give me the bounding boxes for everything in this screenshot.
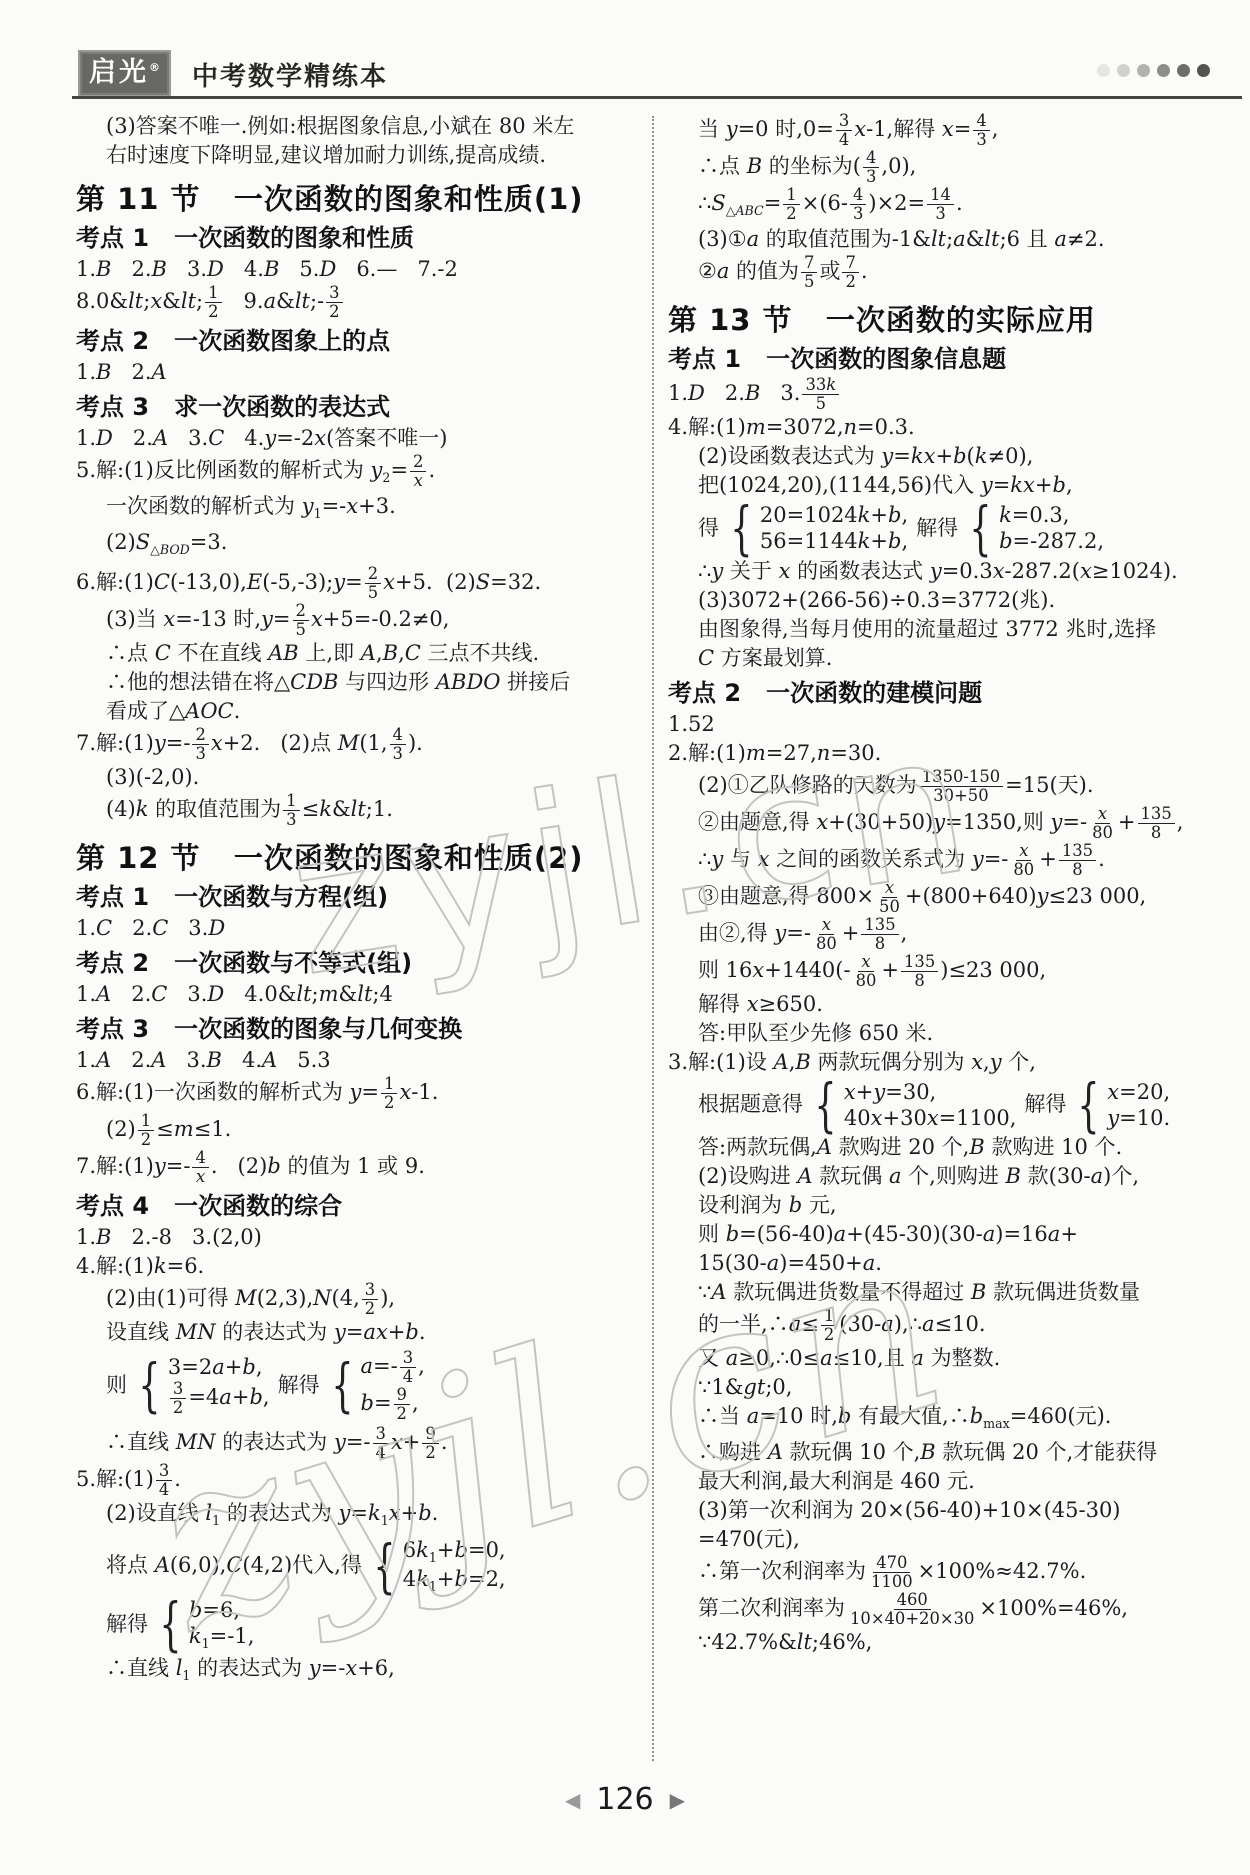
answer-line: 设直线 MN 的表达式为 y=ax+b. [76,1318,646,1347]
answer-line: ∴点 B 的坐标为(43,0), [668,149,1246,186]
answer-line: ∵1&gt;0, [668,1373,1246,1402]
section-heading: 第 13 节 一次函数的实际应用 [668,303,1246,337]
answer-line: ②由题意,得 x+(30+50)y=1350,则 y=-x80+1358, [668,805,1246,842]
system-label: 解得 [106,1610,148,1639]
answer-line: ∴他的想法错在将△CDB 与四边形 ABDO 拼接后 [76,668,646,697]
equation-line: 40x+30x=1100, [844,1105,1016,1131]
kaodian-heading: 考点 3 一次函数的图象与几何变换 [76,1015,646,1043]
book-title: 中考数学精练本 [192,56,388,93]
registered-mark: ® [149,61,160,74]
answer-line: (2)S△BOD=3. [76,528,646,564]
answer-line: 4.解:(1)k=6. [76,1252,646,1281]
answer-line: ∴第一次利润率为4701100×100%≈42.7%. [668,1554,1246,1591]
answer-line: ∴购进 A 款玩偶 10 个,B 款玩偶 20 个,才能获得 [668,1438,1246,1467]
brand-logo: 启光® [78,50,171,97]
equation-line: y=10. [1107,1105,1170,1131]
system-label: 则 [106,1371,127,1400]
equation-system: {3=2a+b,32=4a+b, [131,1354,270,1417]
system-label: 根据题意得 [698,1090,803,1119]
brace-icon: { [730,502,752,554]
equation-line: a=-34, [360,1349,424,1386]
answer-line: (4)k 的取值范围为13≤k&lt;1. [76,792,646,829]
next-page-icon: ▶ [670,1788,685,1812]
brace-icon: { [814,1079,836,1131]
system-label: 将点 A(6,0),C(4,2)代入,得 [106,1551,362,1580]
answer-line: 由图象得,当每月使用的流量超过 3772 兆时,选择 [668,615,1246,644]
answer-system-line: 将点 A(6,0),C(4,2)代入,得{6k1+b=0,4k1+b=2, [76,1537,646,1595]
system-label: 得 [698,514,719,543]
brace-icon: { [1078,1079,1100,1131]
ornament-dots-icon [1097,64,1210,77]
kaodian-heading: 考点 2 一次函数的建模问题 [668,679,1246,707]
equation-system: {6k1+b=0,4k1+b=2, [366,1537,506,1595]
answer-line: 1.B 2.A [76,358,646,387]
equation-system: {20=1024k+b,56=1144k+b, [723,502,908,555]
equation-line: 32=4a+b, [168,1380,270,1417]
answers-column-left: (3)答案不唯一.例如:根据图象信息,小斌在 80 米左右时速度下降明显,建议增… [76,112,646,1772]
answer-system-line: 则{3=2a+b,32=4a+b,解得{a=-34,b=92, [76,1349,646,1423]
answer-line: 设利润为 b 元, [668,1191,1246,1220]
answer-line: 3.解:(1)设 A,B 两款玩偶分别为 x,y 个, [668,1048,1246,1077]
equation-line: 20=1024k+b, [760,502,908,528]
answer-line: (2)设直线 l1 的表达式为 y=k1x+b. [76,1499,646,1535]
answer-line: (3)3072+(266-56)÷0.3=3772(兆). [668,586,1246,615]
equation-line: 3=2a+b, [168,1354,270,1380]
equation-system: {x=20,y=10. [1070,1079,1170,1132]
answer-line: 7.解:(1)y=-4x. (2)b 的值为 1 或 9. [76,1149,646,1186]
answer-line: 6.解:(1)C(-13,0),E(-5,-3);y=25x+5. (2)S=3… [76,565,646,602]
kaodian-heading: 考点 2 一次函数与不等式(组) [76,949,646,977]
equation-line: k=0.3, [999,502,1104,528]
answer-line: 5.解:(1)反比例函数的解析式为 y2=2x. [76,453,646,492]
equation-line: k1=-1, [189,1623,254,1652]
system-label: 解得 [278,1371,320,1400]
answer-line: (3)①a 的取值范围为-1&lt;a&lt;6 且 a≠2. [668,225,1246,254]
answer-line: 最大利润,最大利润是 460 元. [668,1467,1246,1496]
answer-line: 1.52 [668,710,1246,739]
answer-line: ∴S△ABC=12×(6-43)×2=143. [668,186,1246,225]
page-number: 126 [596,1782,653,1817]
answer-line: 15(30-a)=450+a. [668,1249,1246,1278]
answer-line: ∵A 款玩偶进货数量不得超过 B 款玩偶进货数量 [668,1278,1246,1307]
column-divider [652,116,654,1761]
answer-line: C 方案最划算. [668,644,1246,673]
answer-line: 又 a≥0,∴0≤a≤10,且 a 为整数. [668,1344,1246,1373]
answer-line: (2)设购进 A 款玩偶 a 个,则购进 B 款(30-a)个, [668,1162,1246,1191]
answer-line: ∴y 关于 x 的函数表达式 y=0.3x-287.2(x≥1024). [668,557,1246,586]
answer-system-line: 得{20=1024k+b,56=1144k+b,解得{k=0.3,b=-287.… [668,502,1246,555]
kaodian-heading: 考点 1 一次函数的图象信息题 [668,345,1246,373]
answer-line: 1.B 2.-8 3.(2,0) [76,1223,646,1252]
section-heading: 第 11 节 一次函数的图象和性质(1) [76,182,646,216]
brace-icon: { [970,502,992,554]
equation-system: {x+y=30,40x+30x=1100, [807,1079,1016,1132]
answer-line: =470(元), [668,1525,1246,1554]
answer-line: 一次函数的解析式为 y1=-x+3. [76,492,646,528]
answer-line: 1.D 2.B 3.33k5 [668,376,1246,413]
answer-line: ②a 的值为75或72. [668,254,1246,291]
answer-line: 1.A 2.A 3.B 4.A 5.3 [76,1046,646,1075]
answer-line: (2)设函数表达式为 y=kx+b(k≠0), [668,442,1246,471]
answer-line: (3)(-2,0). [76,763,646,792]
prev-page-icon: ◀ [565,1788,580,1812]
section-heading: 第 12 节 一次函数的图象和性质(2) [76,841,646,875]
kaodian-heading: 考点 2 一次函数图象上的点 [76,327,646,355]
page-header: 启光® 中考数学精练本 [0,0,1250,100]
brace-icon: { [331,1359,353,1411]
equation-line: b=92, [360,1386,424,1423]
answer-line: ∵42.7%&lt;46%, [668,1628,1246,1657]
equation-line: 56=1144k+b, [760,528,908,554]
answer-line: 2.解:(1)m=27,n=30. [668,739,1246,768]
kaodian-heading: 考点 4 一次函数的综合 [76,1192,646,1220]
answer-line: (2)12≤m≤1. [76,1112,646,1149]
answer-system-line: 解得{b=6,k1=-1, [76,1597,646,1652]
answer-line: 的一半,∴a≤12(30-a),∴a≤10. [668,1307,1246,1344]
answer-line: 4.解:(1)m=3072,n=0.3. [668,413,1246,442]
answer-line: (2)由(1)可得 M(2,3),N(4,32), [76,1281,646,1318]
equation-line: b=6, [189,1597,254,1623]
answer-line: ∴直线 MN 的表达式为 y=-34x+92. [76,1425,646,1462]
answer-line: 则 b=(56-40)a+(45-30)(30-a)=16a+ [668,1220,1246,1249]
equation-line: b=-287.2, [999,528,1104,554]
answer-line: 8.0&lt;x&lt;12 9.a&lt;-32 [76,284,646,321]
answer-line: (3)答案不唯一.例如:根据图象信息,小斌在 80 米左 [76,112,646,141]
answer-line: 右时速度下降明显,建议增加耐力训练,提高成绩. [76,141,646,170]
answer-line: 则 16x+1440(-x80+1358)≤23 000, [668,953,1246,990]
system-label: 解得 [916,514,958,543]
answer-line: 解得 x≥650. [668,990,1246,1019]
equation-line: x=20, [1107,1079,1170,1105]
equation-system: {b=6,k1=-1, [152,1597,254,1652]
equation-line: 6k1+b=0, [403,1537,506,1566]
answer-line: 由②,得 y=-x80+1358, [668,916,1246,953]
header-rule [72,96,1242,99]
answer-line: 5.解:(1)34. [76,1462,646,1499]
answer-line: 6.解:(1)一次函数的解析式为 y=12x-1. [76,1075,646,1112]
answer-line: ③由题意,得 800×x50+(800+640)y≤23 000, [668,879,1246,916]
answer-line: 看成了△AOC. [76,697,646,726]
answer-line: 答:两款玩偶,A 款购进 20 个,B 款购进 10 个. [668,1133,1246,1162]
answer-line: 当 y=0 时,0=34x-1,解得 x=43, [668,112,1246,149]
answer-line: ∴y 与 x 之间的函数关系式为 y=-x80+1358. [668,842,1246,879]
answer-line: ∴点 C 不在直线 AB 上,即 A,B,C 三点不共线. [76,639,646,668]
brace-icon: { [138,1359,160,1411]
answers-column-right: 当 y=0 时,0=34x-1,解得 x=43,∴点 B 的坐标为(43,0),… [668,112,1246,1772]
answer-line: 1.A 2.C 3.D 4.0&lt;m&lt;4 [76,980,646,1009]
brace-icon: { [159,1598,181,1650]
equation-system: {a=-34,b=92, [324,1349,425,1423]
answer-line: 7.解:(1)y=-23x+2. (2)点 M(1,43). [76,726,646,763]
answer-line: (3)当 x=-13 时,y=25x+5=-0.2≠0, [76,602,646,639]
system-label: 解得 [1024,1090,1066,1119]
answer-line: (2)①乙队修路的天数为1350-15030+50=15(天). [668,768,1246,805]
answer-line: 1.D 2.A 3.C 4.y=-2x(答案不唯一) [76,424,646,453]
kaodian-heading: 考点 3 求一次函数的表达式 [76,393,646,421]
page-footer: ◀ 126 ▶ [0,1782,1250,1817]
equation-line: x+y=30, [844,1079,1016,1105]
answer-line: 1.B 2.B 3.D 4.B 5.D 6.— 7.-2 [76,255,646,284]
answer-line: 答:甲队至少先修 650 米. [668,1019,1246,1048]
brace-icon: { [373,1540,395,1592]
answer-line: ∴直线 l1 的表达式为 y=-x+6, [76,1654,646,1690]
kaodian-heading: 考点 1 一次函数与方程(组) [76,883,646,911]
answer-system-line: 根据题意得{x+y=30,40x+30x=1100,解得{x=20,y=10. [668,1079,1246,1132]
answer-line: (3)第一次利润为 20×(56-40)+10×(45-30) [668,1496,1246,1525]
answer-line: 把(1024,20),(1144,56)代入 y=kx+b, [668,471,1246,500]
answer-line: 1.C 2.C 3.D [76,914,646,943]
answer-line: ∴当 a=10 时,b 有最大值,∴bmax=460(元). [668,1402,1246,1438]
equation-line: 4k1+b=2, [403,1566,506,1595]
kaodian-heading: 考点 1 一次函数的图象和性质 [76,224,646,252]
answer-line: 第二次利润率为46010×40+20×30×100%=46%, [668,1591,1246,1628]
equation-system: {k=0.3,b=-287.2, [962,502,1104,555]
